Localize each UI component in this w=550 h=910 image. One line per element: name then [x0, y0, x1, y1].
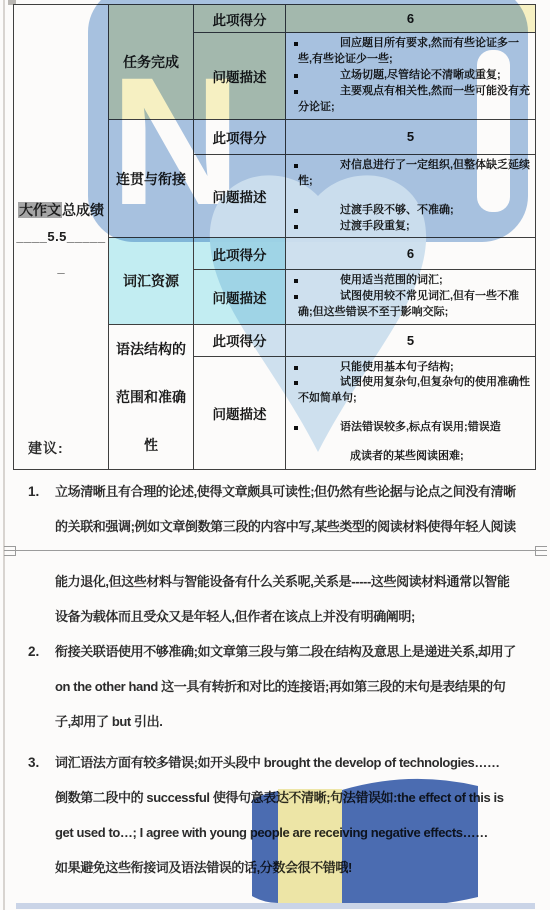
category-cell-task-achievement: 任务完成 [109, 5, 194, 120]
suggestions-heading: 建议: [28, 430, 534, 466]
score-value: 6 [407, 246, 414, 261]
bullet-item: 只能使用基本句子结构; [292, 360, 531, 376]
problem-desc-cell: 对信息进行了一定组织,但整体缺乏延续性; 过渡手段不够、不准确; 过渡手段重复; [286, 154, 536, 238]
suggestion-item-1: 1. 立场清晰且有合理的论述,使得文章颇具可读性;但仍然有些论据与论点之间没有清… [28, 474, 534, 634]
desc-label: 问题描述 [213, 407, 267, 422]
suggestion-number: 2. [28, 634, 55, 669]
suggestion-line: 能力退化,但这些材料与智能设备有什么关系呢,关系是-----这些阅读材料通常以智… [55, 564, 534, 599]
suggestion-line: 衔接关联语使用不够准确;如文章第三段与第二段在结构及意思上是递进关系,却用了 [55, 634, 534, 669]
suggestion-line: 子,却用了 but 引出. [55, 704, 534, 739]
score-label: 此项得分 [213, 13, 267, 28]
bullet-item: 过渡手段不够、不准确; [292, 203, 531, 219]
category-label: 连贯与衔接 [116, 171, 186, 187]
suggestion-line: 词汇语法方面有较多错误;如开头段中 brought the develop of… [55, 745, 534, 780]
score-value: 6 [407, 11, 414, 26]
desc-label: 问题描述 [213, 190, 267, 205]
score-label-cell: 此项得分 [194, 5, 286, 33]
suggestion-line: on the other hand 这一具有转折和对比的连接语;再如第三段的末句… [55, 669, 534, 704]
suggestion-line: get used to…; I agree with young people … [55, 815, 534, 850]
score-label-cell: 此项得分 [194, 119, 286, 154]
suggestion-item-3: 3. 词汇语法方面有较多错误;如开头段中 brought the develop… [28, 745, 534, 885]
bullet-item: 主要观点有相关性,然而一些可能没有充分论证; [292, 84, 531, 116]
score-value: 5 [407, 333, 414, 348]
desc-label: 问题描述 [213, 291, 267, 306]
score-label: 此项得分 [213, 334, 267, 349]
document-page: 大作文总成绩 ____5.5_____ _ 任务完成 此项得分 6 问题描述 回… [0, 0, 550, 910]
overall-label-rest: 总成绩 [62, 202, 104, 218]
suggestions-section: 建议: 1. 立场清晰且有合理的论述,使得文章颇具可读性;但仍然有些论据与论点之… [28, 430, 534, 885]
suggestion-line: 倒数第二段中的 successful 使得句意表达不清晰;句法错误如:the e… [55, 780, 534, 815]
overall-score-title: 大作文总成绩 [14, 200, 108, 220]
bullet-item: 试图使用较不常见词汇,但有一些不准确;但这些错误不至于影响交际; [292, 289, 531, 321]
score-value-cell: 5 [286, 325, 536, 356]
bullet-item: 回应题目所有要求,然而有些论证多一些,有些论证少一些; [292, 36, 531, 68]
category-label: 任务完成 [123, 54, 179, 70]
bullet-item: 使用适当范围的词汇; [292, 273, 531, 289]
overall-score-underscore: _ [14, 260, 108, 275]
suggestion-line: 的关联和强调;例如文章倒数第三段的内容中写,某些类型的阅读材料使得年轻人阅读 [55, 509, 534, 544]
desc-label-cell: 问题描述 [194, 154, 286, 238]
score-value: 5 [407, 129, 414, 144]
overall-label-highlight: 大作文 [18, 202, 62, 218]
score-label-cell: 此项得分 [194, 325, 286, 356]
table-row: 大作文总成绩 ____5.5_____ _ 任务完成 此项得分 6 [14, 5, 536, 33]
score-label-cell: 此项得分 [194, 238, 286, 270]
score-label: 此项得分 [213, 248, 267, 263]
suggestion-line: 设备为载体而且受众又是年轻人,但作者在该点上并没有明确阐明; [55, 599, 534, 634]
page-break-line [4, 550, 547, 551]
desc-label: 问题描述 [213, 70, 267, 85]
overall-score-cell: 大作文总成绩 ____5.5_____ _ [14, 5, 109, 470]
suggestion-number: 3. [28, 745, 55, 780]
category-label: 词汇资源 [123, 273, 179, 289]
score-value-cell: 6 [286, 238, 536, 270]
problem-desc-cell: 回应题目所有要求,然而有些论证多一些,有些论证少一些; 立场切题,尽管结论不清晰… [286, 33, 536, 120]
suggestion-line: 如果避免这些衔接词及语法错误的话,分数会很不错哦! [55, 850, 534, 885]
score-table: 大作文总成绩 ____5.5_____ _ 任务完成 此项得分 6 问题描述 回… [13, 4, 536, 470]
bullet-item: 试图使用复杂句,但复杂句的使用准确性不如简单句; [292, 375, 531, 407]
suggestion-item-2: 2. 衔接关联语使用不够准确;如文章第三段与第二段在结构及意思上是递进关系,却用… [28, 634, 534, 739]
score-value-cell: 5 [286, 119, 536, 154]
bullet-item: 过渡手段重复; [292, 219, 531, 235]
desc-label-cell: 问题描述 [194, 270, 286, 325]
problem-desc-cell: 使用适当范围的词汇; 试图使用较不常见词汇,但有一些不准确;但这些错误不至于影响… [286, 270, 536, 325]
suggestion-number: 1. [28, 474, 55, 509]
desc-label-cell: 问题描述 [194, 33, 286, 120]
score-label: 此项得分 [213, 131, 267, 146]
score-value-cell: 6 [286, 5, 536, 33]
suggestion-line: 立场清晰且有合理的论述,使得文章颇具可读性;但仍然有些论据与论点之间没有清晰 [55, 474, 534, 509]
bullet-item: 立场切题,尽管结论不清晰或重复; [292, 68, 531, 84]
page-break-marker [55, 544, 534, 564]
page-edge-line [3, 0, 5, 910]
category-cell-coherence-cohesion: 连贯与衔接 [109, 119, 194, 238]
category-cell-lexical-resource: 词汇资源 [109, 238, 194, 325]
bullet-item: 对信息进行了一定组织,但整体缺乏延续性; [292, 158, 531, 190]
overall-score-value: ____5.5_____ [14, 229, 108, 244]
